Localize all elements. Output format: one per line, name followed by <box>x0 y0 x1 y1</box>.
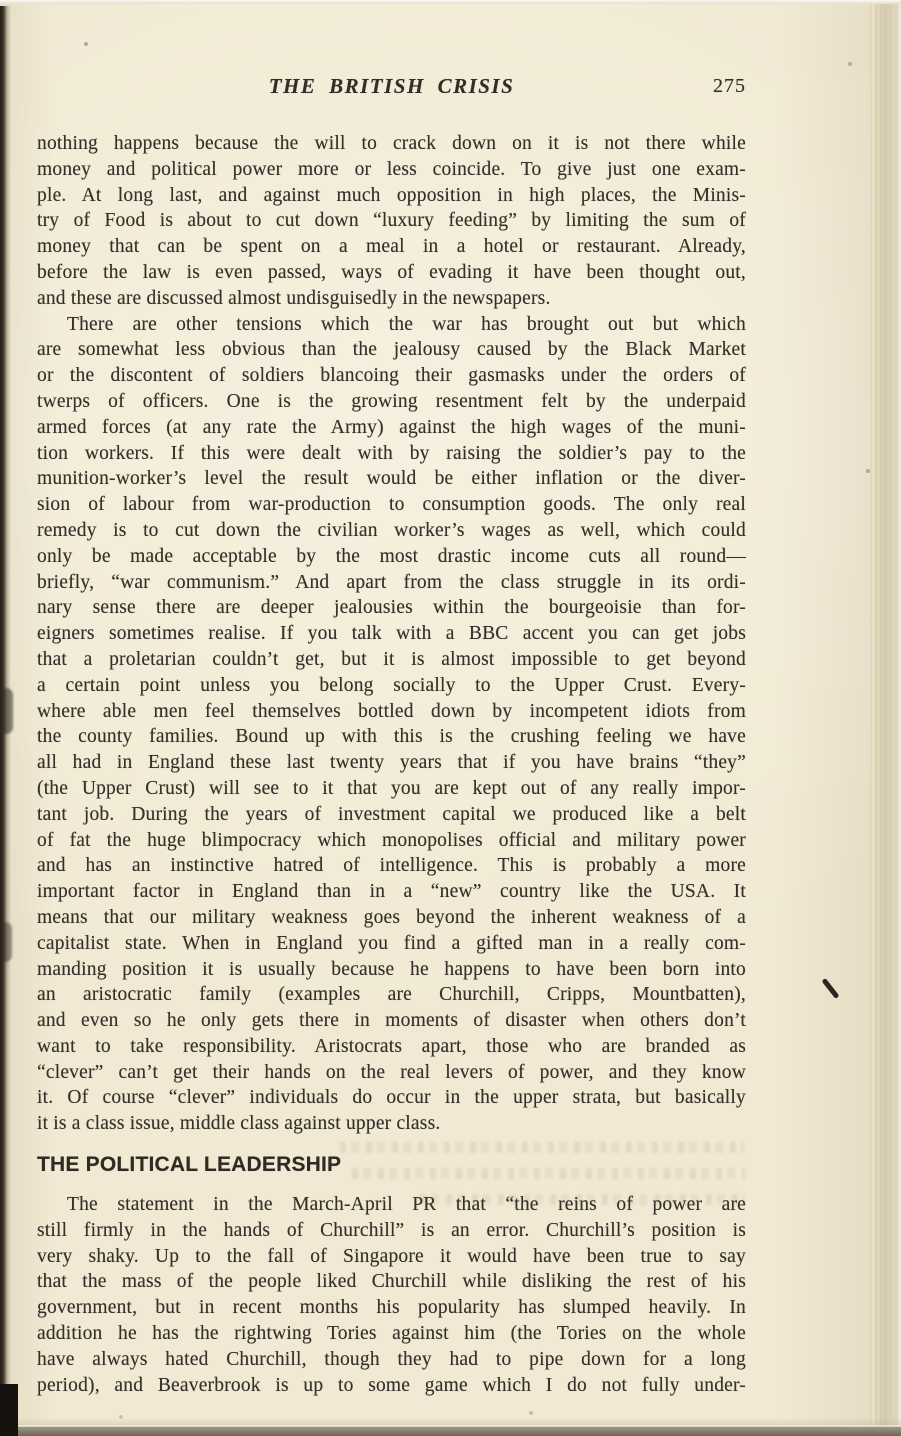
text-column: nothing happens because the will to crac… <box>37 131 746 1398</box>
section-heading: THE POLITICAL LEADERSHIP <box>37 1152 746 1178</box>
right-page-stack-edge <box>870 4 901 1426</box>
book-page: THE BRITISH CRISIS 275 nothing happens b… <box>0 0 901 1436</box>
paragraph: The statement in the March-April PR that… <box>37 1192 746 1398</box>
text-line: munition-worker’s level the result would… <box>37 466 746 492</box>
text-line: are somewhat less obvious than the jealo… <box>37 337 746 363</box>
text-line: or the discontent of soldiers blancoing … <box>37 363 746 389</box>
text-line: period), and Beaverbrook is up to some g… <box>37 1373 746 1399</box>
text-line: of fat the huge blimpocracy which monopo… <box>37 828 746 854</box>
text-line: very shaky. Up to the fall of Singapore … <box>37 1244 746 1270</box>
text-line: important factor in England than in a “n… <box>37 879 746 905</box>
text-line: capitalist state. When in England you fi… <box>37 931 746 957</box>
text-line: nothing happens because the will to crac… <box>37 131 746 157</box>
running-header: THE BRITISH CRISIS 275 <box>37 74 746 102</box>
text-line: government, but in recent months his pop… <box>37 1295 746 1321</box>
page-title: THE BRITISH CRISIS <box>269 74 515 98</box>
text-line: money that can be spent on a meal in a h… <box>37 234 746 260</box>
text-line: and these are discussed almost undisguis… <box>37 286 746 312</box>
page-number: 275 <box>713 75 746 98</box>
text-line: still firmly in the hands of Churchill” … <box>37 1218 746 1244</box>
text-line: money and political power more or less c… <box>37 157 746 183</box>
text-line: tion workers. If this were dealt with by… <box>37 441 746 467</box>
spine-shadow-blob <box>0 688 13 734</box>
text-line: have always hated Churchill, though they… <box>37 1347 746 1373</box>
bottom-scan-band <box>0 1426 901 1436</box>
text-line: armed forces (at any rate the Army) agai… <box>37 415 746 441</box>
text-line: want to take responsibility. Aristocrats… <box>37 1034 746 1060</box>
text-line: and has an instinctive hatred of intelli… <box>37 853 746 879</box>
text-line: “clever” can’t get their hands on the re… <box>37 1060 746 1086</box>
text-line: a certain point unless you belong social… <box>37 673 746 699</box>
text-line: it. Of course “clever” individuals do oc… <box>37 1085 746 1111</box>
text-line: and even so he only gets there in moment… <box>37 1008 746 1034</box>
text-line: tant job. During the years of investment… <box>37 802 746 828</box>
text-line: eigners sometimes realise. If you talk w… <box>37 621 746 647</box>
text-line: briefly, “war communism.” And apart from… <box>37 570 746 596</box>
text-line: an aristocratic family (examples are Chu… <box>37 982 746 1008</box>
text-line: that the mass of the people liked Church… <box>37 1269 746 1295</box>
paper-specks <box>0 0 2 2</box>
text-line: (the Upper Crust) will see to it that yo… <box>37 776 746 802</box>
text-line: before the law is even passed, ways of e… <box>37 260 746 286</box>
text-line: manding position it is usually because h… <box>37 957 746 983</box>
paragraph: nothing happens because the will to crac… <box>37 131 746 312</box>
text-line: nary sense there are deeper jealousies w… <box>37 595 746 621</box>
text-line: only be made acceptable by the most dras… <box>37 544 746 570</box>
text-line: try of Food is about to cut down “luxury… <box>37 208 746 234</box>
text-line: all had in England these last twenty yea… <box>37 750 746 776</box>
text-line: it is a class issue, middle class agains… <box>37 1111 746 1137</box>
text-line: addition he has the rightwing Tories aga… <box>37 1321 746 1347</box>
text-line: means that our military weakness goes be… <box>37 905 746 931</box>
spine-bottom-corner <box>0 1384 18 1436</box>
text-line: the county families. Bound up with this … <box>37 724 746 750</box>
paragraph: There are other tensions which the war h… <box>37 312 746 1138</box>
bottom-page-edge-highlight <box>0 1425 901 1427</box>
text-line: twerps of officers. One is the growing r… <box>37 389 746 415</box>
top-page-edge <box>0 0 901 5</box>
spine-shadow-blob <box>0 922 12 962</box>
text-line: remedy is to cut down the civilian worke… <box>37 518 746 544</box>
text-line: There are other tensions which the war h… <box>37 312 746 338</box>
text-line: that a proletarian couldn’t get, but it … <box>37 647 746 673</box>
text-line: where able men feel themselves bottled d… <box>37 699 746 725</box>
text-line: The statement in the March-April PR that… <box>37 1192 746 1218</box>
text-line: sion of labour from war-production to co… <box>37 492 746 518</box>
pen-mark <box>821 978 839 999</box>
text-line: ple. At long last, and against much oppo… <box>37 183 746 209</box>
